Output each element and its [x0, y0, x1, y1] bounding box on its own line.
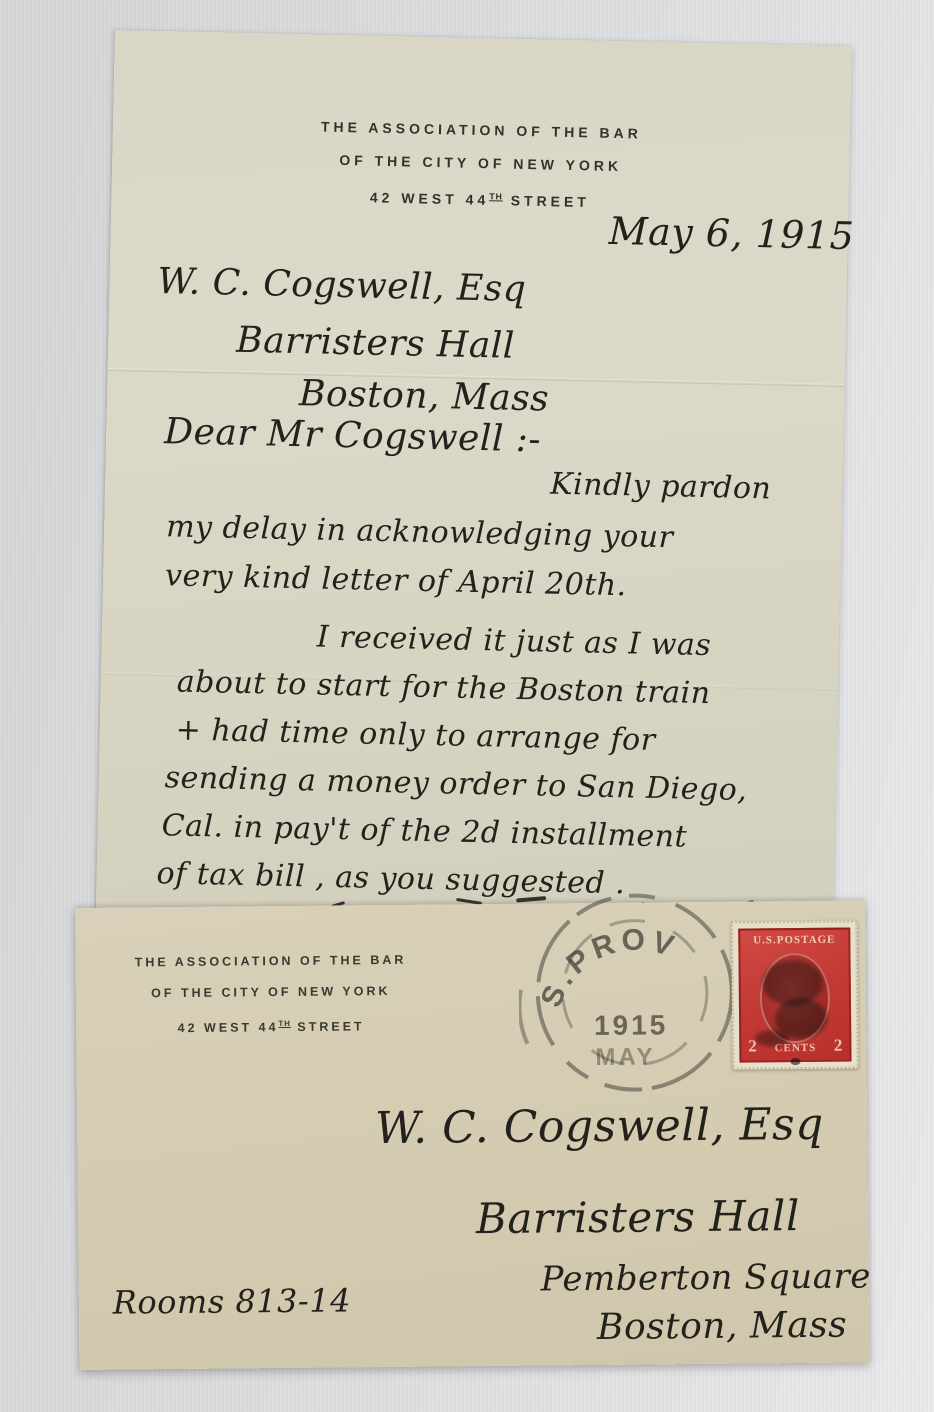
- svg-text:MAY: MAY: [595, 1043, 655, 1071]
- envelope-rooms-note: Rooms 813-14: [113, 1281, 352, 1321]
- letter-body-line: + had time only to arrange for: [175, 712, 656, 757]
- envelope-addressee-name: W. C. Cogswell, Esq: [375, 1099, 824, 1154]
- letter-body-line: my delay in acknowledging your: [166, 509, 674, 555]
- letterhead-line-1: THE ASSOCIATION OF THE BAR: [105, 945, 435, 979]
- letter-recipient-building: Barristers Hall: [236, 320, 515, 367]
- envelope-addressee-city: Boston, Mass: [597, 1305, 847, 1348]
- letter-body-line: I received it just as I was: [316, 620, 711, 664]
- letter-recipient-name: W. C. Cogswell, Esq: [157, 261, 527, 310]
- letter-body-line: sending a money order to San Diego,: [164, 760, 747, 808]
- envelope-return-address: THE ASSOCIATION OF THE BAR OF THE CITY O…: [105, 945, 436, 1045]
- stamp-artwork: U.S.POSTAGE 2 CENTS 2: [738, 928, 851, 1063]
- postage-stamp: U.S.POSTAGE 2 CENTS 2: [731, 920, 858, 1069]
- letter-letterhead: THE ASSOCIATION OF THE BAR OF THE CITY O…: [111, 106, 850, 225]
- letter-body-line: about to start for the Boston train: [176, 665, 711, 712]
- envelope-addressee-building: Barristers Hall: [476, 1191, 800, 1243]
- cancellation-smudge: [790, 1058, 800, 1065]
- letterhead-line-3: 42 WEST 44TH STREET: [106, 1007, 436, 1045]
- letter-body-line: Cal. in pay't of the 2d installment: [161, 808, 687, 854]
- letter-salutation: Dear Mr Cogswell :-: [164, 411, 542, 460]
- letter-body-line: very kind letter of April 20th.: [165, 558, 627, 603]
- svg-text:1915: 1915: [594, 1009, 669, 1041]
- stamp-top-text: U.S.POSTAGE: [740, 934, 848, 947]
- letter-body-line: Kindly pardon: [550, 467, 772, 507]
- letter-sheet: THE ASSOCIATION OF THE BAR OF THE CITY O…: [96, 30, 852, 934]
- envelope-addressee-square: Pemberton Square: [540, 1256, 871, 1299]
- envelope: THE ASSOCIATION OF THE BAR OF THE CITY O…: [75, 900, 869, 1370]
- letterhead-line-2: OF THE CITY OF NEW YORK: [106, 976, 436, 1010]
- letter-recipient-city: Boston, Mass: [299, 373, 550, 419]
- postmark-icon: S.PROV 1915 MAY: [518, 892, 752, 1106]
- letter-date: May 6, 1915: [608, 209, 855, 258]
